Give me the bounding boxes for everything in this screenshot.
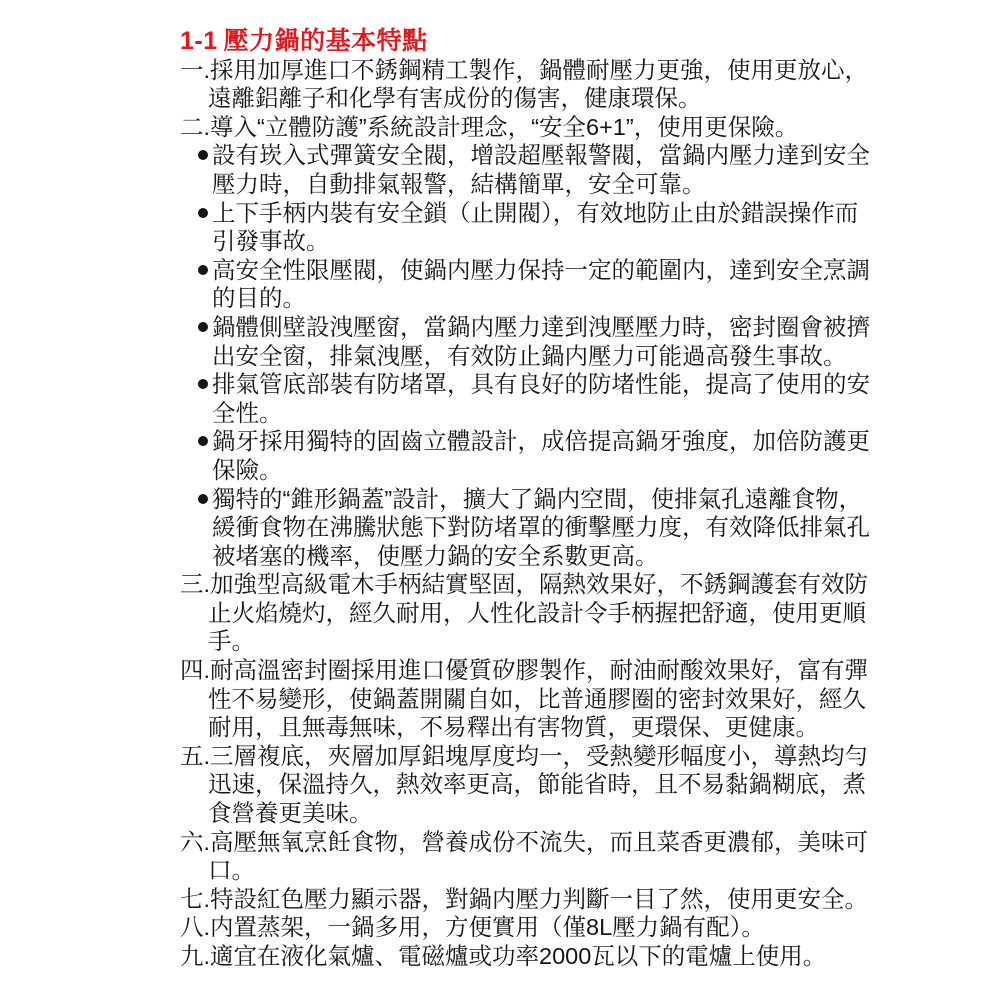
feature-item-4: 四.耐高溫密封圈採用進口優質矽膠製作，耐油耐酸效果好，富有彈性不易變形，使鍋蓋開… bbox=[180, 656, 873, 742]
item-text: 三層複底，夾層加厚鋁塊厚度均一，受熱變形幅度小，導熱均勻迅速，保溫持久，熱效率更… bbox=[208, 743, 868, 826]
item-number-label: 二. bbox=[180, 114, 210, 140]
bullet-item-4: 鍋體側壁設洩壓窗，當鍋内壓力達到洩壓壓力時，密封圈會被擠出安全窗，排氣洩壓，有效… bbox=[180, 313, 873, 370]
item-text: 高壓無氧烹飪食物，營養成份不流失，而且菜香更濃郁，美味可口。 bbox=[208, 829, 868, 884]
item-number-label: 一. bbox=[180, 57, 210, 83]
bullet-icon bbox=[198, 265, 208, 275]
bullet-item-3: 高安全性限壓閥，使鍋内壓力保持一定的範圍内，達到安全烹調的目的。 bbox=[180, 256, 873, 313]
bullet-text: 高安全性限壓閥，使鍋内壓力保持一定的範圍内，達到安全烹調的目的。 bbox=[212, 257, 870, 312]
bullet-icon bbox=[198, 494, 208, 504]
bullet-icon bbox=[198, 208, 208, 218]
bullet-item-2: 上下手柄内裝有安全鎖（止開閥），有效地防止由於錯誤操作而引發事故。 bbox=[180, 199, 873, 256]
item-text: 耐高溫密封圈採用進口優質矽膠製作，耐油耐酸效果好，富有彈性不易變形，使鍋蓋開關自… bbox=[208, 657, 868, 740]
bullet-icon bbox=[198, 150, 208, 160]
bullet-text: 鍋牙採用獨特的固齒立體設計，成倍提高鍋牙強度，加倍防護更保險。 bbox=[212, 428, 870, 483]
bullet-icon bbox=[198, 379, 208, 389]
item-number-label: 七. bbox=[180, 886, 210, 912]
section-number: 1-1 bbox=[180, 27, 218, 55]
feature-item-5: 五.三層複底，夾層加厚鋁塊厚度均一，受熱變形幅度小，導熱均勻迅速，保溫持久，熱效… bbox=[180, 742, 873, 828]
feature-item-9: 九.適宜在液化氣爐、電磁爐或功率2000瓦以下的電爐上使用。 bbox=[180, 942, 873, 971]
item-number-label: 三. bbox=[180, 571, 210, 597]
item-text: 加強型高級電木手柄結實堅固，隔熱效果好，不銹鋼護套有效防止火焰燒灼，經久耐用，人… bbox=[208, 571, 868, 654]
bullet-icon bbox=[198, 436, 208, 446]
bullet-icon bbox=[198, 322, 208, 332]
bullet-text: 鍋體側壁設洩壓窗，當鍋内壓力達到洩壓壓力時，密封圈會被擠出安全窗，排氣洩壓，有效… bbox=[212, 314, 870, 369]
manual-page: 1-1壓力鍋的基本特點 一.採用加厚進口不銹鋼精工製作，鍋體耐壓力更強，使用更放… bbox=[0, 0, 1000, 1000]
item-text: 特設紅色壓力顯示器，對鍋内壓力判斷一目了然，使用更安全。 bbox=[210, 886, 868, 912]
bullet-item-5: 排氣管底部裝有防堵罩，具有良好的防堵性能，提高了使用的安全性。 bbox=[180, 370, 873, 427]
bullet-item-6: 鍋牙採用獨特的固齒立體設計，成倍提高鍋牙強度，加倍防護更保險。 bbox=[180, 427, 873, 484]
feature-item-3: 三.加強型高級電木手柄結實堅固，隔熱效果好，不銹鋼護套有效防止火焰燒灼，經久耐用… bbox=[180, 570, 873, 656]
feature-item-7: 七.特設紅色壓力顯示器，對鍋内壓力判斷一目了然，使用更安全。 bbox=[180, 885, 873, 914]
item-text: 採用加厚進口不銹鋼精工製作，鍋體耐壓力更強，使用更放心，遠離鋁離子和化學有害成份… bbox=[208, 57, 868, 112]
item-number-label: 八. bbox=[180, 914, 210, 940]
item-text: 内置蒸架，一鍋多用，方便實用（僅8L壓力鍋有配）。 bbox=[210, 914, 765, 940]
section-title: 1-1壓力鍋的基本特點 bbox=[180, 27, 873, 56]
bullet-text: 上下手柄内裝有安全鎖（止開閥），有效地防止由於錯誤操作而引發事故。 bbox=[212, 200, 858, 255]
bullet-text: 排氣管底部裝有防堵罩，具有良好的防堵性能，提高了使用的安全性。 bbox=[212, 371, 870, 426]
item-number-label: 五. bbox=[180, 743, 210, 769]
bullet-text: 設有崁入式彈簧安全閥，增設超壓報警閥，當鍋内壓力達到安全壓力時，自動排氣報警，結… bbox=[212, 142, 870, 197]
document-body: 1-1壓力鍋的基本特點 一.採用加厚進口不銹鋼精工製作，鍋體耐壓力更強，使用更放… bbox=[180, 27, 873, 971]
item-number-label: 四. bbox=[180, 657, 210, 683]
bullet-text: 獨特的“錐形鍋蓋”設計，擴大了鍋内空間，使排氣孔遠離食物，緩衝食物在沸騰狀態下對… bbox=[212, 486, 870, 569]
bullet-item-7: 獨特的“錐形鍋蓋”設計，擴大了鍋内空間，使排氣孔遠離食物，緩衝食物在沸騰狀態下對… bbox=[180, 485, 873, 571]
feature-item-2: 二.導入“立體防護”系統設計理念，“安全6+1”，使用更保險。 bbox=[180, 113, 873, 142]
feature-item-6: 六.高壓無氧烹飪食物，營養成份不流失，而且菜香更濃郁，美味可口。 bbox=[180, 828, 873, 885]
feature-item-8: 八.内置蒸架，一鍋多用，方便實用（僅8L壓力鍋有配）。 bbox=[180, 913, 873, 942]
bullet-item-1: 設有崁入式彈簧安全閥，增設超壓報警閥，當鍋内壓力達到安全壓力時，自動排氣報警，結… bbox=[180, 141, 873, 198]
section-title-text: 壓力鍋的基本特點 bbox=[224, 27, 428, 55]
item-number-label: 六. bbox=[180, 829, 210, 855]
item-text: 適宜在液化氣爐、電磁爐或功率2000瓦以下的電爐上使用。 bbox=[210, 943, 826, 969]
item-text: 導入“立體防護”系統設計理念，“安全6+1”，使用更保險。 bbox=[210, 114, 798, 140]
item-number-label: 九. bbox=[180, 943, 210, 969]
feature-item-1: 一.採用加厚進口不銹鋼精工製作，鍋體耐壓力更強，使用更放心，遠離鋁離子和化學有害… bbox=[180, 56, 873, 113]
